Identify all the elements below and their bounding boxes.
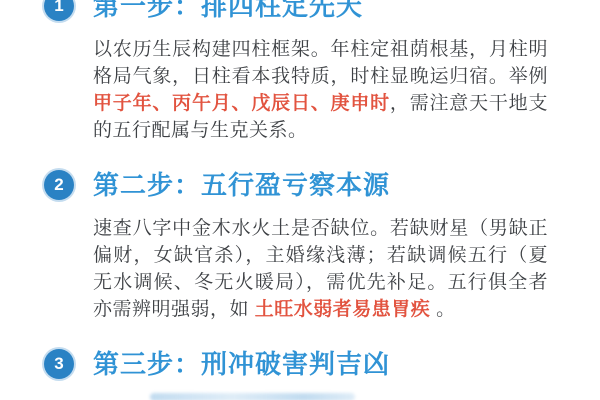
step-title: 第二步：五行盈亏察本源 (93, 170, 390, 200)
step-heading-row: 2 第二步：五行盈亏察本源 (44, 170, 552, 200)
text-segment: 。 (430, 299, 455, 320)
emphasis-text-segment: 甲子年、丙午月、戊辰日、庚申时 (93, 93, 390, 114)
step-heading-row: 1 第一步：排四柱定先天 (44, 0, 552, 21)
step-section: 2 第二步：五行盈亏察本源 速查八字中金木水火土是否缺位。若缺财星（男缺正偏财，… (44, 170, 552, 323)
step-number-badge: 1 (44, 0, 74, 21)
step-section: 1 第一步：排四柱定先天 以农历生辰构建四柱框架。年柱定祖荫根基，月柱明格局气象… (44, 0, 552, 144)
step-heading-row: 3 第三步：刑冲破害判吉凶 (44, 349, 552, 379)
step-number-badge: 3 (44, 349, 74, 379)
step-section: 3 第三步：刑冲破害判吉凶 (44, 349, 552, 379)
step-title: 第一步：排四柱定先天 (93, 0, 363, 21)
article-page: 1 第一步：排四柱定先天 以农历生辰构建四柱框架。年柱定祖荫根基，月柱明格局气象… (0, 0, 600, 400)
step-title: 第三步：刑冲破害判吉凶 (93, 349, 390, 379)
text-segment: 以农历生辰构建四柱框架。年柱定祖荫根基，月柱明格局气象，日柱看本我特质，时柱显晚… (93, 39, 548, 87)
emphasis-text-segment: 土旺水弱者易患胃疾 (255, 299, 431, 320)
steps-list: 1 第一步：排四柱定先天 以农历生辰构建四柱框架。年柱定祖荫根基，月柱明格局气象… (44, 0, 552, 379)
step-number-badge: 2 (44, 170, 74, 200)
truncated-next-line-hint (150, 393, 355, 400)
step-paragraph: 以农历生辰构建四柱框架。年柱定祖荫根基，月柱明格局气象，日柱看本我特质，时柱显晚… (93, 36, 548, 144)
step-paragraph: 速查八字中金木水火土是否缺位。若缺财星（男缺正偏财，女缺官杀），主婚缘浅薄；若缺… (93, 215, 548, 323)
